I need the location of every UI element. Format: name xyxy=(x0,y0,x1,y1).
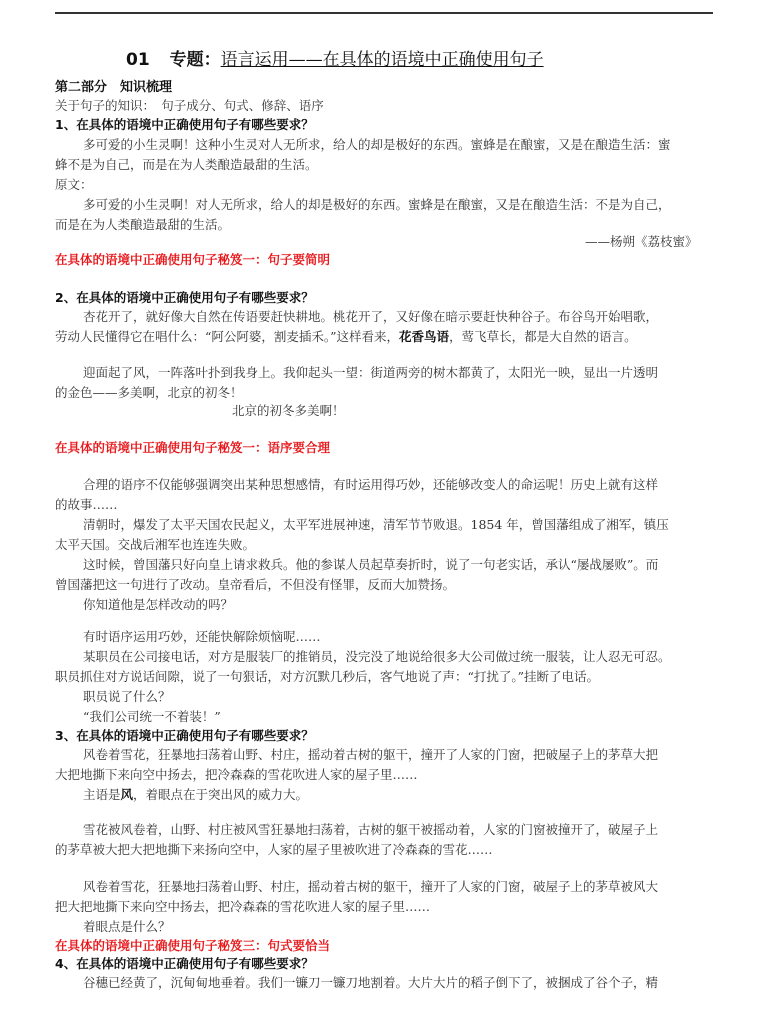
story-line: 某职员在公司接电话，对方是服装厂的推销员，没完没了地说给很多大公司做过统一服装，… xyxy=(55,647,671,665)
q3-note-segment: 主语是 xyxy=(83,787,121,802)
q3-text-line: 风卷着雪花，狂暴地扫荡着山野、村庄，摇动着古树的躯干，撞开了人家的门窗，破屋子上… xyxy=(55,877,658,895)
story-line: 曾国藩把这一句进行了改动。皇帝看后，不但没有怪罪，反而大加赞扬。 xyxy=(55,575,455,593)
q3-text-line: 大把地撕下来向空中扬去，把冷森森的雪花吹进人家的屋子里…… xyxy=(55,765,418,783)
topic-subtitle: 语言运用——在具体的语境中正确使用句子 xyxy=(221,50,544,70)
story-line: 职员抓住对方说话间隙，说了一句狠话，对方沉默几秒后，客气地说了声：“打扰了。”挂… xyxy=(55,667,599,685)
q2-bold-phrase: 花香鸟语 xyxy=(399,329,449,344)
q2-revised-sentence: 北京的初冬多美啊！ xyxy=(232,401,345,419)
section-intro: 关于句子的知识： 句子成分、句式、修辞、语序 xyxy=(55,96,324,114)
q2-text-line: 的金色——多美啊，北京的初冬！ xyxy=(55,383,243,401)
question-4: 4、在具体的语境中正确使用句子有哪些要求？ xyxy=(55,954,314,972)
q2-text-line: 迎面起了风，一阵落叶扑到我身上。我仰起头一望：街道两旁的树木都黄了，太阳光一映，… xyxy=(55,363,658,381)
story-line: 你知道他是怎样改动的吗？ xyxy=(55,595,233,613)
q2-text-segment: 劳动人民懂得它在唱什么：“阿公阿婆，割麦插禾。”这样看来， xyxy=(55,329,399,344)
q3-note-segment: ，着眼点在于突出风的威力大。 xyxy=(133,787,308,802)
story-line: “我们公司统一不着装！” xyxy=(55,707,221,725)
topic-number: 01 xyxy=(126,50,150,70)
story-line: 职员说了什么？ xyxy=(55,687,171,705)
q3-text-line: 把大把地撕下来向空中扬去，把冷森森的雪花吹进人家的屋子里…… xyxy=(55,897,430,915)
tip-heading-3: 在具体的语境中正确使用句子秘笈三：句式要恰当 xyxy=(55,936,330,954)
q3-text-line: 雪花被风卷着，山野、村庄被风雪狂暴地扫荡着，古树的躯干被摇动着，人家的门窗被撞开… xyxy=(55,820,658,838)
story-line: 有时语序运用巧妙，还能快解除烦恼呢…… xyxy=(55,627,321,645)
q1-original-line: 而是在为人类酿造最甜的生活。 xyxy=(55,215,230,233)
story-line: 的故事…… xyxy=(55,495,118,513)
q1-text-line: 蜂不是为自己，而是在为人类酿造最甜的生活。 xyxy=(55,155,318,173)
q2-text-line: 杏花开了，就好像大自然在传语要赶快耕地。桃花开了，又好像在暗示要赶快种谷子。布谷… xyxy=(55,307,658,325)
q3-text-line: 的茅草被大把大把地撕下来扬向空中，人家的屋子里被吹进了冷森森的雪花…… xyxy=(55,840,493,858)
q1-original-line: 多可爱的小生灵啊！对人无所求，给人的却是极好的东西。蜜蜂是在酿蜜，又是在酿造生活… xyxy=(55,195,671,213)
q3-bold-subject: 风 xyxy=(121,787,134,802)
question-2: 2、在具体的语境中正确使用句子有哪些要求？ xyxy=(55,288,314,306)
story-line: 清朝时，爆发了太平天国农民起义，太平军进展神速，清军节节败退。1854 年，曾国… xyxy=(55,515,669,533)
story-line: 太平天国。交战后湘军也连连失败。 xyxy=(55,535,255,553)
question-1: 1、在具体的语境中正确使用句子有哪些要求？ xyxy=(55,115,314,133)
attribution: ——杨朔《荔枝蜜》 xyxy=(585,232,698,250)
q3-ask: 着眼点是什么？ xyxy=(55,917,171,935)
story-line: 合理的语序不仅能够强调突出某种思想感情，有时运用得巧妙，还能够改变人的命运呢！历… xyxy=(55,475,658,493)
tip-heading-2: 在具体的语境中正确使用句子秘笈一：语序要合理 xyxy=(55,438,330,456)
q3-note: 主语是风，着眼点在于突出风的威力大。 xyxy=(55,785,308,803)
q2-text-line: 劳动人民懂得它在唱什么：“阿公阿婆，割麦插禾。”这样看来，花香鸟语，莺飞草长，都… xyxy=(55,327,637,345)
story-line: 这时候，曾国藩只好向皇上请求救兵。他的参谋人员起草奏折时，说了一句老实话，承认“… xyxy=(55,555,658,573)
original-label: 原文： xyxy=(55,175,93,193)
question-3: 3、在具体的语境中正确使用句子有哪些要求？ xyxy=(55,726,314,744)
q4-text-line: 谷穗已经黄了，沉甸甸地垂着。我们一镰刀一镰刀地割着。大片大片的稻子倒下了，被捆成… xyxy=(55,973,658,991)
section-title: 第二部分 知识梳理 xyxy=(55,76,172,95)
page-title: 01 专题：语言运用——在具体的语境中正确使用句子 xyxy=(126,45,544,70)
q3-text-line: 风卷着雪花，狂暴地扫荡着山野、村庄，摇动着古树的躯干，撞开了人家的门窗，把破屋子… xyxy=(55,745,658,763)
q1-text-line: 多可爱的小生灵啊！这种小生灵对人无所求，给人的却是极好的东西。蜜蜂是在酿蜜，又是… xyxy=(55,135,671,153)
header-rule xyxy=(55,12,713,14)
q2-text-segment: ，莺飞草长，都是大自然的语言。 xyxy=(449,329,637,344)
topic-label: 专题： xyxy=(170,50,221,70)
tip-heading-1: 在具体的语境中正确使用句子秘笈一：句子要简明 xyxy=(55,250,330,268)
